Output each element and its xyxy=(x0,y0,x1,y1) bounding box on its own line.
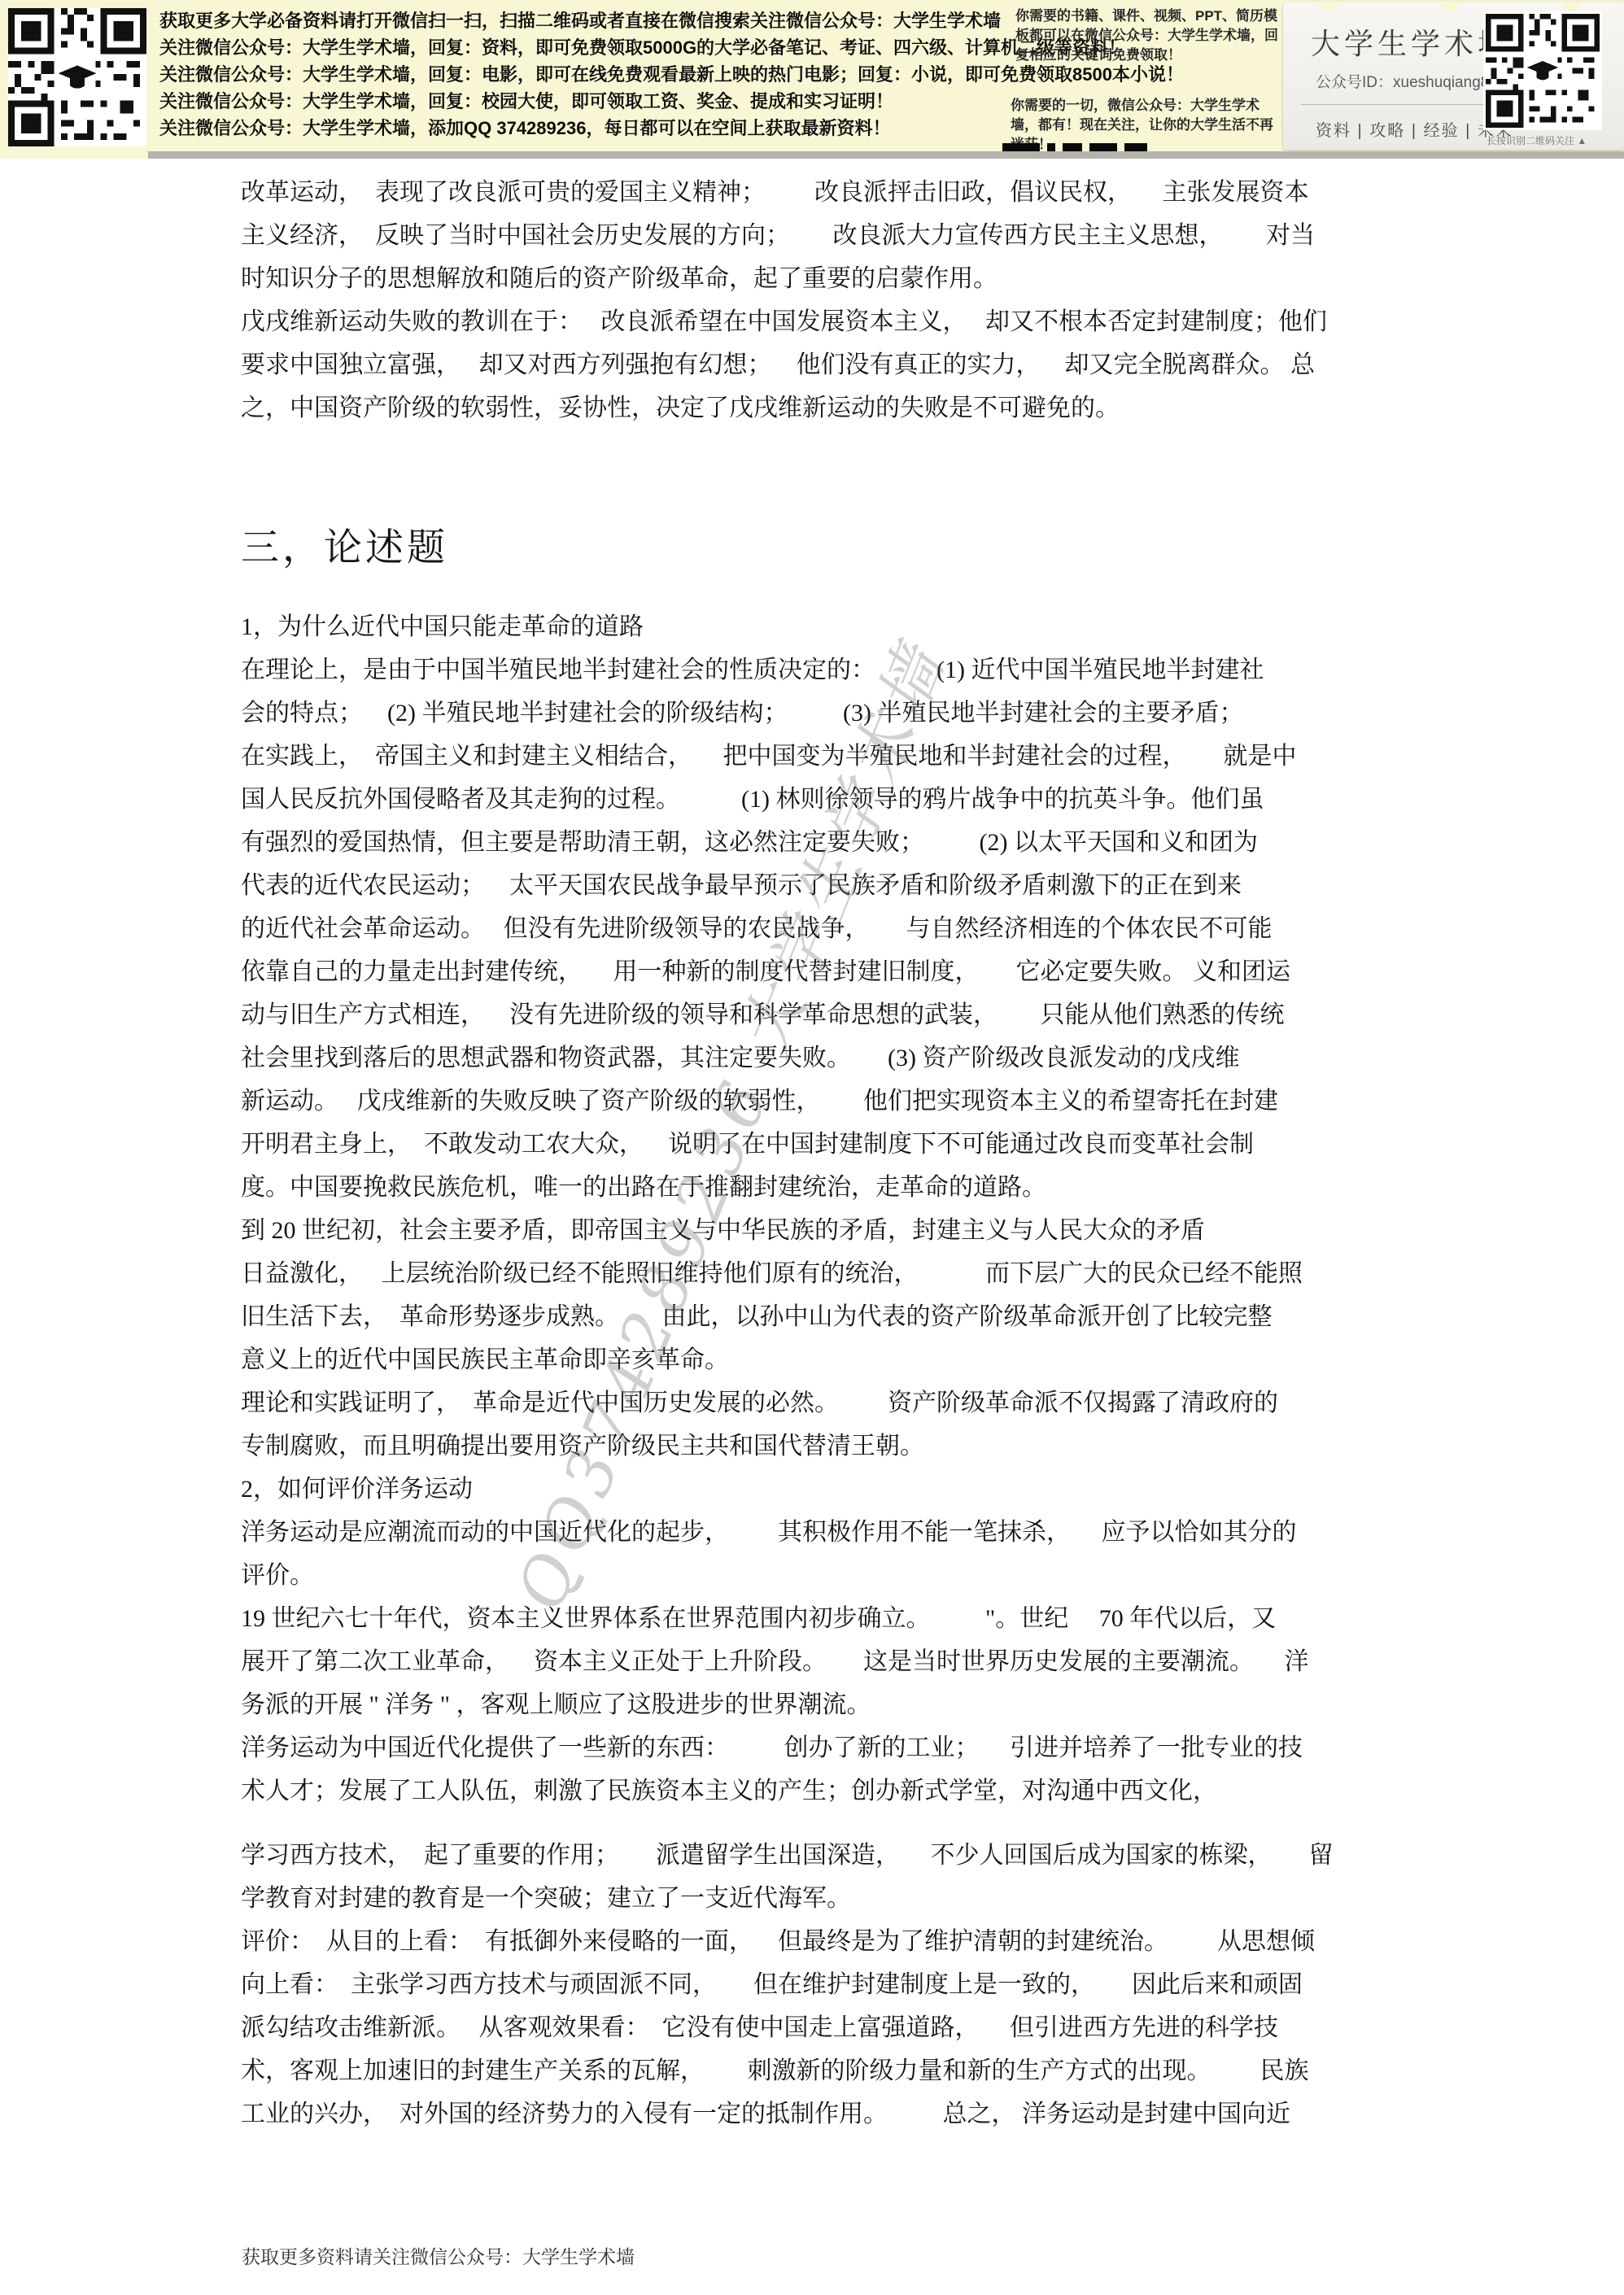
text-line: 新运动。 戊戌维新的失败反映了资产阶级的软弱性， 他们把实现资本主义的希望寄托在… xyxy=(241,1080,1445,1123)
text-line: 术，客观上加速旧的封建生产关系的瓦解， 刺激新的阶级力量和新的生产方式的出现。 … xyxy=(241,2049,1445,2092)
text-line: 评价。 xyxy=(241,1554,1445,1597)
promo-banner: 获取更多大学必备资料请打开微信扫一扫，扫描二维码或者直接在微信搜索关注微信公众号… xyxy=(0,0,1624,159)
page-footer: 获取更多资料请关注微信公众号：大学生学术墙 xyxy=(242,2242,635,2269)
text-line: 学教育对封建的教育是一个突破；建立了一支近代海军。 xyxy=(241,1877,1445,1920)
text-line: 专制腐败，而且明确提出要用资产阶级民主共和国代替清王朝。 xyxy=(241,1425,1445,1468)
text-line: 会的特点； (2) 半殖民地半封建社会的阶级结构； (3) 半殖民地半封建社会的… xyxy=(241,692,1445,735)
paragraph-block: 在理论上，是由于中国半殖民地半封建社会的性质决定的： (1) 近代中国半殖民地半… xyxy=(241,648,1445,1468)
paragraph-block: 2，如何评价洋务运动 xyxy=(241,1468,1445,1511)
text-line: 洋务运动是应潮流而动的中国近代化的起步， 其积极作用不能一笔抹杀， 应予以恰如其… xyxy=(241,1511,1445,1554)
paragraph-block: 戊戌维新运动失败的教训在于： 改良派希望在中国发展资本主义， 却又不根本否定封建… xyxy=(241,300,1445,430)
text-line: 洋务运动为中国近代化提供了一些新的东西： 创办了新的工业； 引进并培养了一批专业… xyxy=(241,1726,1445,1769)
text-line: 学习西方技术， 起了重要的作用； 派遣留学生出国深造， 不少人回国后成为国家的栋… xyxy=(241,1834,1445,1877)
section-heading: 三，论述题 xyxy=(241,519,1445,578)
banner-bottom-strip xyxy=(148,151,1624,159)
document-body: 改革运动， 表现了改良派可贵的爱国主义精神； 改良派抨击旧政，倡议民权， 主张发… xyxy=(241,161,1445,2136)
text-line: 在理论上，是由于中国半殖民地半封建社会的性质决定的： (1) 近代中国半殖民地半… xyxy=(241,648,1445,692)
text-line: 派勾结攻击维新派。 从客观效果看： 它没有使中国走上富强道路， 但引进西方先进的… xyxy=(241,2006,1445,2049)
text-line: 戊戌维新运动失败的教训在于： 改良派希望在中国发展资本主义， 却又不根本否定封建… xyxy=(241,300,1445,343)
banner-side-note: 你需要的书籍、课件、视频、PPT、简历模板都可以在微信公众号：大学生学术墙，回复… xyxy=(1015,7,1281,65)
text-line: 代表的近代农民运动； 太平天国农民战争最早预示了民族矛盾和阶级矛盾刺激下的正在到… xyxy=(241,864,1445,907)
text-line: 术人才；发展了工人队伍，刺激了民族资本主义的产生；创办新式学堂，对沟通中西文化， xyxy=(241,1769,1445,1813)
text-line: 改革运动， 表现了改良派可贵的爱国主义精神； 改良派抨击旧政，倡议民权， 主张发… xyxy=(241,171,1445,214)
text-line: 2，如何评价洋务运动 xyxy=(241,1468,1445,1511)
text-line: 开明君主身上， 不敢发动工农大众， 说明了在中国封建制度下不可能通过改良而变革社… xyxy=(241,1123,1445,1166)
text-line: 国人民反抗外国侵略者及其走狗的过程。 (1) 林则徐领导的鸦片战争中的抗英斗争。… xyxy=(241,778,1445,821)
text-line: 主义经济， 反映了当时中国社会历史发展的方向； 改良派大力宣传西方民主主义思想，… xyxy=(241,214,1445,257)
paragraph-block: 改革运动， 表现了改良派可贵的爱国主义精神； 改良派抨击旧政，倡议民权， 主张发… xyxy=(241,171,1445,300)
paragraph-block: 洋务运动是应潮流而动的中国近代化的起步， 其积极作用不能一笔抹杀， 应予以恰如其… xyxy=(241,1511,1445,1813)
paragraph-block: 1，为什么近代中国只能走革命的道路 xyxy=(241,605,1445,648)
text-line: 依靠自己的力量走出封建传统， 用一种新的制度代替封建旧制度， 它必定要失败。 义… xyxy=(241,950,1445,993)
paragraph-block: 学习西方技术， 起了重要的作用； 派遣留学生出国深造， 不少人回国后成为国家的栋… xyxy=(241,1834,1445,2136)
text-line: 之，中国资产阶级的软弱性，妥协性，决定了戊戌维新运动的失败是不可避免的。 xyxy=(241,386,1445,430)
text-line: 时知识分子的思想解放和随后的资产阶级革命，起了重要的启蒙作用。 xyxy=(241,257,1445,300)
text-line: 度。中国要挽救民族危机，唯一的出路在于推翻封建统治，走革命的道路。 xyxy=(241,1166,1445,1209)
text-line: 有强烈的爱国热情，但主要是帮助清王朝，这必然注定要失败； (2) 以太平天国和义… xyxy=(241,821,1445,864)
text-line: 要求中国独立富强， 却又对西方列强抱有幻想； 他们没有真正的实力， 却又完全脱离… xyxy=(241,343,1445,386)
qr-caption: 长按识别二维码关注 ▲ xyxy=(1486,133,1587,147)
text-line: 评价： 从目的上看： 有抵御外来侵略的一面， 但最终是为了维护清朝的封建统治。 … xyxy=(241,1920,1445,1963)
brand-title: 大学生学术墙 xyxy=(1311,21,1511,63)
qr-code-right-icon xyxy=(1483,11,1602,130)
text-line: 19 世纪六七十年代，资本主义世界体系在世界范围内初步确立。 "。世纪 70 年… xyxy=(241,1597,1445,1640)
text-line: 向上看： 主张学习西方技术与顽固派不同， 但在维护封建制度上是一致的， 因此后来… xyxy=(241,1963,1445,2006)
text-line: 动与旧生产方式相连， 没有先进阶级的领导和科学革命思想的武装， 只能从他们熟悉的… xyxy=(241,993,1445,1036)
text-line: 到 20 世纪初，社会主要矛盾，即帝国主义与中华民族的矛盾，封建主义与人民大众的… xyxy=(241,1209,1445,1252)
text-line: 理论和实践证明了， 革命是近代中国历史发展的必然。 资产阶级革命派不仅揭露了清政… xyxy=(241,1381,1445,1425)
text-line: 工业的兴办， 对外国的经济势力的入侵有一定的抵制作用。 总之， 洋务运动是封建中… xyxy=(241,2092,1445,2136)
text-line: 旧生活下去， 革命形势逐步成熟。 由此，以孙中山为代表的资产阶级革命派开创了比较… xyxy=(241,1295,1445,1338)
text-line: 在实践上， 帝国主义和封建主义相结合， 把中国变为半殖民地和半封建社会的过程， … xyxy=(241,735,1445,778)
text-line: 1，为什么近代中国只能走革命的道路 xyxy=(241,605,1445,648)
text-line: 的近代社会革命运动。 但没有先进阶级领导的农民战争， 与自然经济相连的个体农民不… xyxy=(241,907,1445,950)
text-line: 三，论述题 xyxy=(241,519,1445,578)
text-line: 日益激化， 上层统治阶级已经不能照旧维持他们原有的统治， 而下层广大的民众已经不… xyxy=(241,1252,1445,1295)
text-line: 社会里找到落后的思想武器和物资武器，其注定要失败。 (3) 资产阶级改良派发动的… xyxy=(241,1036,1445,1080)
text-line: 意义上的近代中国民族民主革命即辛亥革命。 xyxy=(241,1338,1445,1381)
document-page: 获取更多大学必备资料请打开微信扫一扫，扫描二维码或者直接在微信搜索关注微信公众号… xyxy=(0,0,1624,2295)
qr-code-left-icon xyxy=(8,7,146,148)
brand-card: 大学生学术墙 公众号ID：xueshuqiang8888 资料 | 攻略 | 经… xyxy=(1283,2,1624,150)
text-line: 务派的开展 " 洋务 " ，客观上顺应了这股进步的世界潮流。 xyxy=(241,1683,1445,1726)
text-line: 展开了第二次工业革命， 资本主义正处于上升阶段。 这是当时世界历史发展的主要潮流… xyxy=(241,1640,1445,1683)
